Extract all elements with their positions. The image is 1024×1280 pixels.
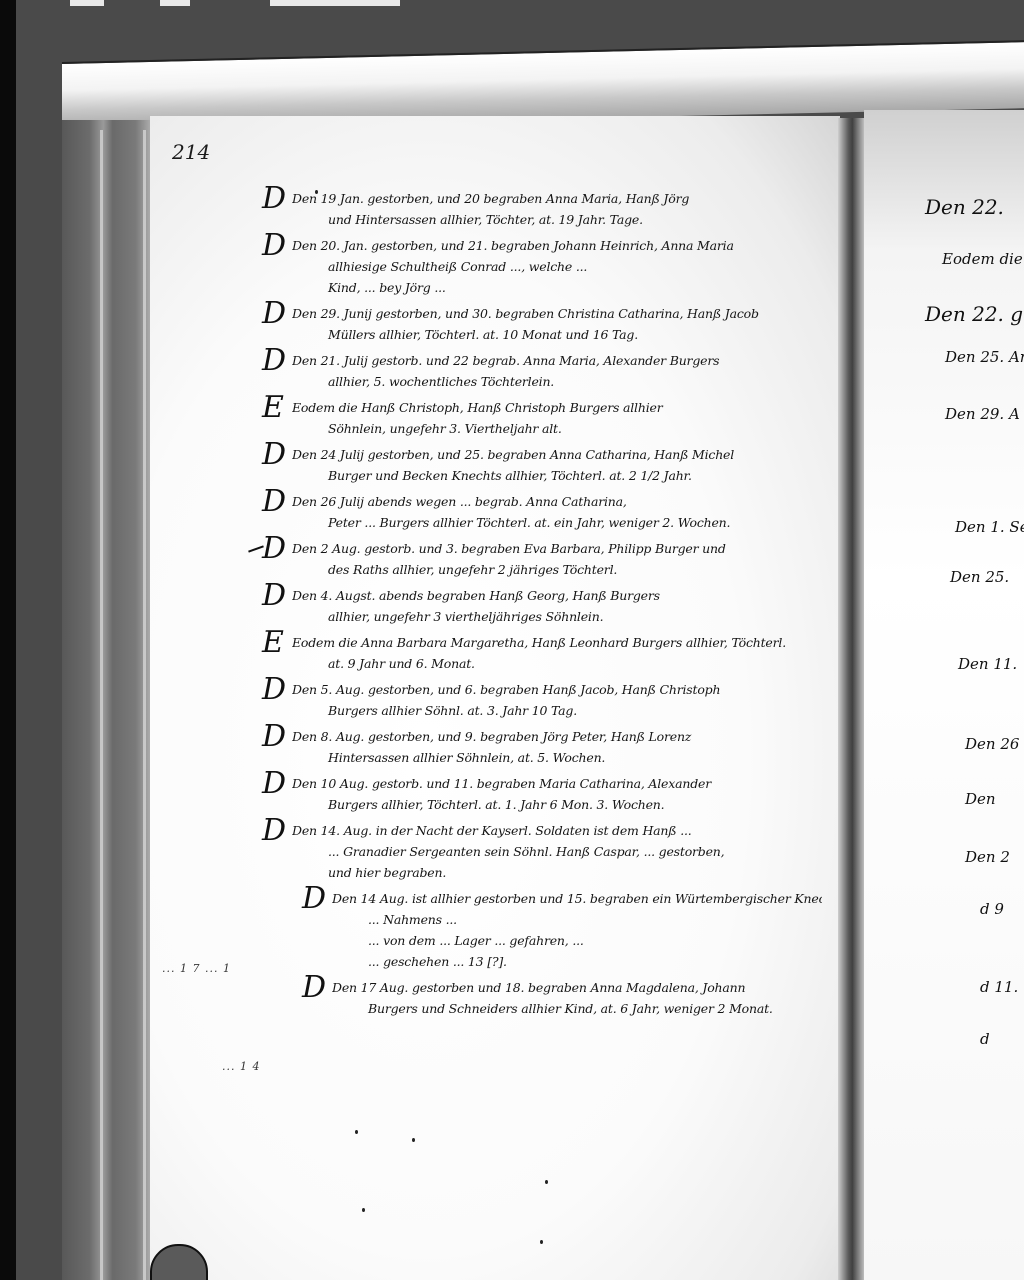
entry-line: Den 24 Julij gestorben, und 25. begraben… <box>292 444 822 465</box>
entry-initial: D <box>262 184 286 214</box>
paper-speck <box>545 1180 548 1184</box>
entry-line: allhiesige Schultheiß Conrad ..., welche… <box>292 256 822 277</box>
entry-initial: D <box>262 440 286 470</box>
paper-speck <box>412 1138 415 1142</box>
entry-line: Den 14. Aug. in der Nacht der Kayserl. S… <box>292 820 822 841</box>
entry-line: Peter ... Burgers allhier Töchterl. at. … <box>292 512 822 533</box>
register-entry: D Den 21. Julij gestorb. und 22 begrab. … <box>262 350 822 392</box>
right-entry-fragment: d 9 <box>980 900 1004 918</box>
register-entry: E Eodem die Hanß Christoph, Hanß Christo… <box>262 397 822 439</box>
entry-line: Eodem die Hanß Christoph, Hanß Christoph… <box>292 397 822 418</box>
entry-initial: D <box>302 884 326 914</box>
entry-line: des Raths allhier, ungefehr 2 jähriges T… <box>292 559 822 580</box>
entry-initial: E <box>262 393 284 423</box>
entry-initial: D <box>262 299 286 329</box>
entry-initial: E <box>262 628 284 658</box>
entry-line: Den 17 Aug. gestorben und 18. begraben A… <box>332 977 822 998</box>
right-entry-fragment: Den 22. <box>925 195 1004 219</box>
entry-line: Eodem die Anna Barbara Margaretha, Hanß … <box>292 632 822 653</box>
right-entry-fragment: Den 29. A <box>945 405 1020 423</box>
entry-line: allhier, 5. wochentliches Töchterlein. <box>292 371 822 392</box>
entry-line: Den 8. Aug. gestorben, und 9. begraben J… <box>292 726 822 747</box>
paper-speck <box>355 1130 358 1134</box>
right-entry-fragment: Den 26 <box>965 735 1019 753</box>
entry-line: ... geschehen ... 13 [?]. <box>332 951 822 972</box>
book-gutter <box>838 118 864 1280</box>
entry-initial: D <box>262 346 286 376</box>
right-entry-fragment: Den 1. Se <box>955 518 1024 536</box>
right-entry-fragment: d 11. <box>980 978 1018 996</box>
entry-line: und hier begraben. <box>292 862 822 883</box>
register-entry: E Eodem die Anna Barbara Margaretha, Han… <box>262 632 822 674</box>
register-entry: D Den 19 Jan. gestorben, und 20 begraben… <box>262 188 822 230</box>
page-number: 214 <box>172 140 210 164</box>
film-tab <box>160 0 190 6</box>
film-top-strip <box>0 0 1024 8</box>
entry-initial: D <box>262 231 286 261</box>
entry-initial: D <box>262 581 286 611</box>
entry-line: Söhnlein, ungefehr 3. Viertheljahr alt. <box>292 418 822 439</box>
entry-initial: D <box>262 769 286 799</box>
right-entry-fragment: Eodem die <box>942 250 1023 268</box>
margin-note: ... 1 4 <box>222 1060 260 1073</box>
entry-line: allhier, ungefehr 3 viertheljähriges Söh… <box>292 606 822 627</box>
register-entry: D Den 24 Julij gestorben, und 25. begrab… <box>262 444 822 486</box>
register-entry: D Den 14 Aug. ist allhier gestorben und … <box>302 888 822 972</box>
entry-initial: D <box>262 722 286 752</box>
right-entry-fragment: Den 25. <box>950 568 1009 586</box>
film-tab <box>70 0 104 6</box>
spine-crease <box>100 130 103 1280</box>
entry-line: Den 14 Aug. ist allhier gestorben und 15… <box>332 888 822 909</box>
entry-line: Kind, ... bey Jörg ... <box>292 277 822 298</box>
register-entry: D Den 29. Junij gestorben, und 30. begra… <box>262 303 822 345</box>
entry-initial: D <box>302 973 326 1003</box>
entry-line: Burgers allhier, Töchterl. at. 1. Jahr 6… <box>292 794 822 815</box>
right-entry-fragment: Den 25. An <box>945 348 1024 366</box>
paper-speck <box>362 1208 365 1212</box>
right-entry-fragment: Den <box>965 790 996 808</box>
register-entry: D Den 2 Aug. gestorb. und 3. begraben Ev… <box>262 538 822 580</box>
entry-line: Müllers allhier, Töchterl. at. 10 Monat … <box>292 324 822 345</box>
entry-line: Burger und Becken Knechts allhier, Töcht… <box>292 465 822 486</box>
entry-line: Burgers und Schneiders allhier Kind, at.… <box>332 998 822 1019</box>
entry-line: at. 9 Jahr und 6. Monat. <box>292 653 822 674</box>
entry-initial: D <box>262 816 286 846</box>
entry-initial: D <box>262 675 286 705</box>
entry-line: Den 10 Aug. gestorb. und 11. begraben Ma… <box>292 773 822 794</box>
right-entry-fragment: d <box>980 1030 990 1048</box>
film-tab <box>270 0 400 6</box>
register-entry: D Den 17 Aug. gestorben und 18. begraben… <box>302 977 822 1019</box>
entry-line: Den 21. Julij gestorb. und 22 begrab. An… <box>292 350 822 371</box>
register-entry: D Den 4. Augst. abends begraben Hanß Geo… <box>262 585 822 627</box>
paper-speck <box>315 190 318 194</box>
register-entry: D Den 10 Aug. gestorb. und 11. begraben … <box>262 773 822 815</box>
entry-initial: D <box>262 487 286 517</box>
entry-initial: D <box>262 534 286 564</box>
register-entry: D Den 5. Aug. gestorben, und 6. begraben… <box>262 679 822 721</box>
entry-line: Hintersassen allhier Söhnlein, at. 5. Wo… <box>292 747 822 768</box>
register-entry: D Den 20. Jan. gestorben, und 21. begrab… <box>262 235 822 298</box>
entry-line: Den 29. Junij gestorben, und 30. begrabe… <box>292 303 822 324</box>
register-entry: D Den 8. Aug. gestorben, und 9. begraben… <box>262 726 822 768</box>
right-entry-fragment: Den 22. gest <box>925 302 1024 326</box>
right-entry-fragment: Den 2 <box>965 848 1010 866</box>
margin-note: ... 1 7 ... 1 <box>162 962 231 975</box>
register-entry: D Den 26 Julij abends wegen ... begrab. … <box>262 491 822 533</box>
book-spine <box>62 120 154 1280</box>
entry-line: Den 2 Aug. gestorb. und 3. begraben Eva … <box>292 538 822 559</box>
entry-line: Den 20. Jan. gestorben, und 21. begraben… <box>292 235 822 256</box>
entry-line: ... Granadier Sergeanten sein Söhnl. Han… <box>292 841 822 862</box>
burial-entries: D Den 19 Jan. gestorben, und 20 begraben… <box>262 188 822 1024</box>
paper-speck <box>540 1240 543 1244</box>
spine-crease <box>143 130 146 1280</box>
entry-line: Den 19 Jan. gestorben, und 20 begraben A… <box>292 188 822 209</box>
right-entry-fragment: Den 11. <box>958 655 1017 673</box>
register-entry: D Den 14. Aug. in der Nacht der Kayserl.… <box>262 820 822 883</box>
right-page <box>864 110 1024 1280</box>
entry-line: Den 5. Aug. gestorben, und 6. begraben H… <box>292 679 822 700</box>
entry-line: ... von dem ... Lager ... gefahren, ... <box>332 930 822 951</box>
entry-line: Burgers allhier Söhnl. at. 3. Jahr 10 Ta… <box>292 700 822 721</box>
entry-line: Den 4. Augst. abends begraben Hanß Georg… <box>292 585 822 606</box>
film-edge <box>0 0 16 1280</box>
entry-line: ... Nahmens ... <box>332 909 822 930</box>
entry-line: und Hintersassen allhier, Töchter, at. 1… <box>292 209 822 230</box>
entry-line: Den 26 Julij abends wegen ... begrab. An… <box>292 491 822 512</box>
